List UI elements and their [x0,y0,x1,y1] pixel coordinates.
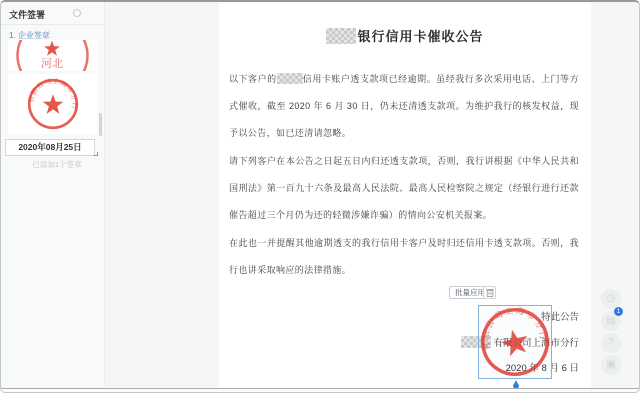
footer-strip [1,389,640,393]
seal-list-scrollbar[interactable] [99,113,102,136]
seal-image-partial: 河北 [8,40,97,71]
placed-company-seal: 有限公司上海市分行 [473,300,558,385]
signature-list-icon: ▤ [606,315,615,326]
document-title: 银行信用卡催收公告 [219,26,591,45]
document-title-text: 银行信用卡催收公告 [357,26,483,45]
seal-thumbnail-2[interactable]: 有限公司上海市分行 [8,74,97,134]
date-stamp-resize-grip[interactable] [94,152,98,156]
help-icon: ? [608,337,614,348]
seal-count-status: 已添加1个签章 [9,159,105,170]
document-body: 以下客户的信用卡账户透支款项已经逾期。虽经我行多次采用电话、上门等方式催收，截至… [229,66,579,285]
signing-sidebar: 文件签署 1. 企业签章 河北 有限公司上海市分行 [1,2,105,387]
trash-icon [486,288,494,297]
settings-icon[interactable] [73,9,81,17]
delete-stamp-button[interactable] [483,286,496,299]
paragraph-2: 请下列客户在本公告之日起五日内归还透支款项，否则，我行讲根据《中华人民共和国刑法… [229,148,579,229]
paragraph-1-lead: 以下客户的 [229,74,277,84]
seal-1-text: 河北 [41,57,63,70]
more-button[interactable]: ▣ [601,355,621,375]
help-button[interactable]: ? [601,333,621,353]
history-icon: ◷ [607,293,616,304]
seal-thumbnail-1[interactable]: 河北 [8,40,97,71]
seal-image-full: 有限公司上海市分行 [26,77,80,131]
redaction-block-inline [277,73,303,84]
sidebar-divider [1,24,105,25]
placed-stamp-selection[interactable]: 有限公司上海市分行 [478,305,552,379]
paragraph-1: 以下客户的信用卡账户透支款项已经逾期。虽经我行多次采用电话、上门等方式催收，截至… [229,66,579,147]
esign-window: 文件签署 1. 企业签章 河北 有限公司上海市分行 [0,0,640,393]
redaction-block-title [326,28,356,44]
sidebar-title: 文件签署 [9,8,45,21]
document-page: 银行信用卡催收公告 以下客户的信用卡账户透支款项已经逾期。虽经我行多次采用电话、… [219,2,591,388]
more-icon: ▣ [606,359,615,370]
history-button[interactable]: ◷ [601,289,621,309]
signing-date-stamp[interactable]: 2020年08月25日 [5,139,95,156]
paragraph-3: 在此也一并提醒其他逾期透支的我行信用卡客户及时归还信用卡透支款项。否则，我行也讲… [229,230,579,284]
notification-badge: 1 [614,307,623,316]
